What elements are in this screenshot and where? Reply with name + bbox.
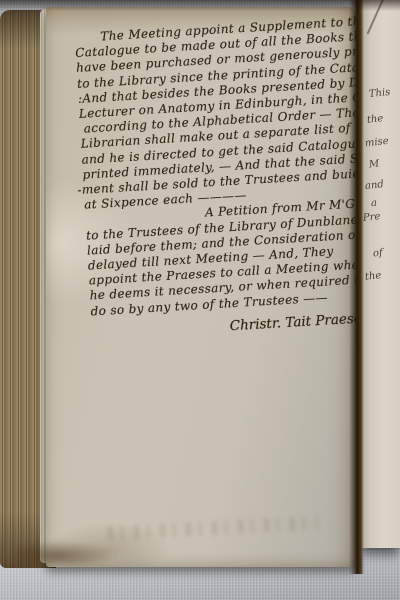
facing-page-word-fragment: M bbox=[368, 158, 379, 171]
praeses-signature: Christr. Tait Praese bbox=[229, 308, 356, 334]
facing-page-word-fragment: of bbox=[372, 248, 383, 261]
manuscript-book: The Meeting appoint a Supplement to the … bbox=[0, 0, 400, 600]
facing-page-word-fragment: and bbox=[364, 179, 384, 193]
facing-page-word-fragment: mise bbox=[364, 136, 389, 150]
facing-page-word-fragment: This bbox=[368, 87, 391, 101]
top-edge-shadow bbox=[0, 0, 400, 11]
ink-show-through-smudge bbox=[108, 516, 318, 541]
left-page: The Meeting appoint a Supplement to the … bbox=[46, 7, 356, 567]
facing-page-word-fragment: the bbox=[366, 113, 384, 127]
facing-page-word-fragment: the bbox=[364, 270, 382, 284]
bottom-corner-stain bbox=[16, 540, 116, 566]
facing-page-word-fragment: Pre bbox=[362, 211, 381, 225]
facing-page-word-fragment: a bbox=[370, 198, 377, 211]
manuscript-text: The Meeting appoint a Supplement to the … bbox=[74, 13, 356, 343]
facing-page: This the mise M and a Pre of the bbox=[361, 0, 400, 548]
book-gutter-shadow bbox=[349, 0, 364, 574]
